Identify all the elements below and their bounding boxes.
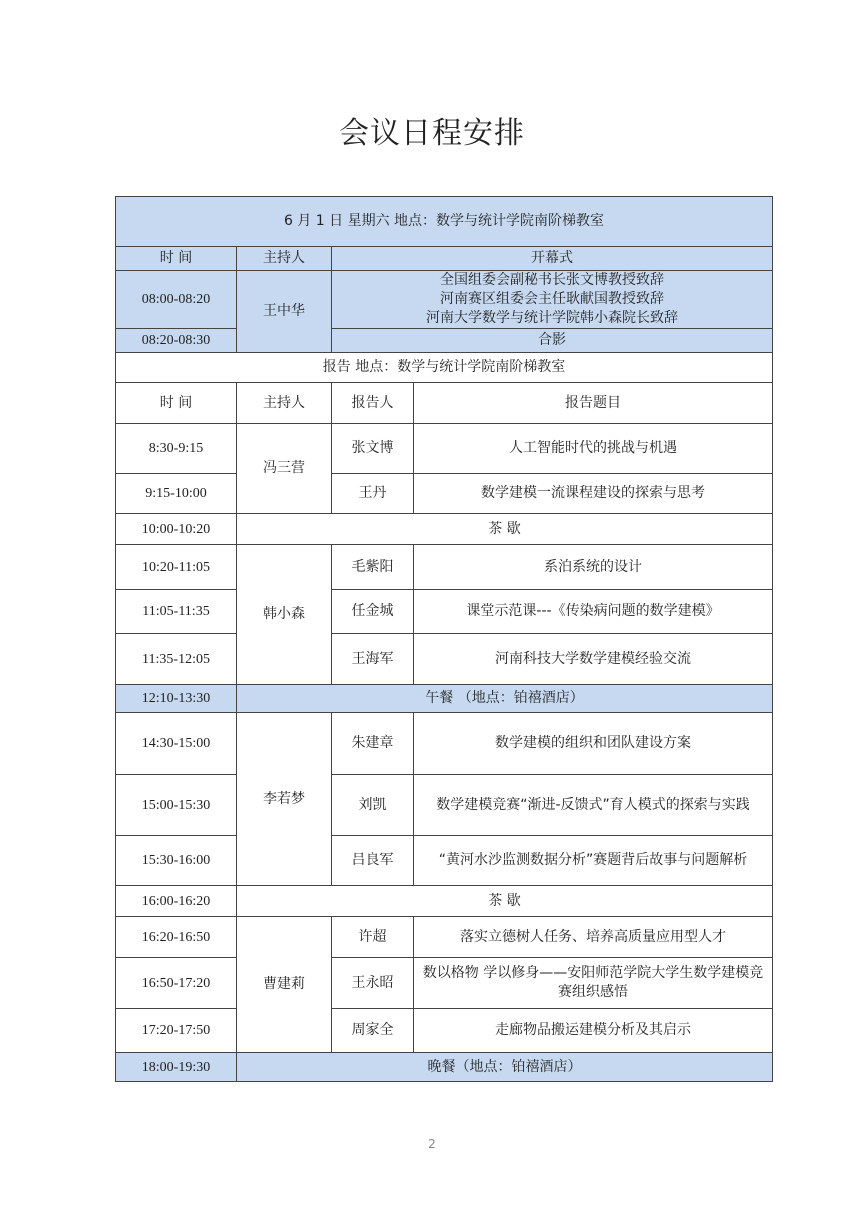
speaker-cell: 王海军 [332, 634, 414, 685]
topic-cell: 人工智能时代的挑战与机遇 [414, 424, 773, 474]
table-row: 8:30-9:15 冯三营 张文博 人工智能时代的挑战与机遇 [116, 424, 773, 474]
col-topic: 报告题目 [414, 383, 773, 424]
page-number: 2 [0, 1137, 864, 1151]
time-cell: 15:00-15:30 [116, 775, 237, 836]
time-cell: 10:00-10:20 [116, 514, 237, 545]
meal-label: 午餐 （地点：铂禧酒店） [237, 685, 773, 713]
col-host: 主持人 [237, 383, 332, 424]
time-cell: 08:20-08:30 [116, 329, 237, 353]
time-cell: 9:15-10:00 [116, 474, 237, 514]
speaker-cell: 任金城 [332, 590, 414, 634]
table-row: 10:20-11:05 韩小森 毛紫阳 系泊系统的设计 [116, 545, 773, 590]
event-line: 河南赛区组委会主任耿献国教授致辞 [336, 290, 768, 309]
time-cell: 17:20-17:50 [116, 1009, 237, 1053]
host-cell: 李若梦 [237, 713, 332, 886]
host-cell: 王中华 [237, 271, 332, 353]
speaker-cell: 刘凯 [332, 775, 414, 836]
break-row: 16:00-16:20 茶 歇 [116, 886, 773, 917]
table-row: 08:00-08:20 王中华 全国组委会副秘书长张文博教授致辞 河南赛区组委会… [116, 271, 773, 329]
topic-cell: 课堂示范课---《传染病问题的数学建模》 [414, 590, 773, 634]
topic-cell: 数以格物 学以修身——安阳师范学院大学生数学建模竞赛组织感悟 [414, 958, 773, 1009]
speaker-cell: 朱建章 [332, 713, 414, 775]
reports-header-row: 报告 地点：数学与统计学院南阶梯教室 [116, 353, 773, 383]
event-cell: 合影 [332, 329, 773, 353]
table-row: 11:35-12:05 王海军 河南科技大学数学建模经验交流 [116, 634, 773, 685]
opening-header: 6 月 1 日 星期六 地点：数学与统计学院南阶梯教室 [116, 197, 773, 247]
meal-row: 12:10-13:30 午餐 （地点：铂禧酒店） [116, 685, 773, 713]
time-cell: 10:20-11:05 [116, 545, 237, 590]
table-row: 15:00-15:30 刘凯 数学建模竞赛“渐进-反馈式”育人模式的探索与实践 [116, 775, 773, 836]
speaker-cell: 王丹 [332, 474, 414, 514]
time-cell: 15:30-16:00 [116, 836, 237, 886]
topic-cell: 数学建模的组织和团队建设方案 [414, 713, 773, 775]
speaker-cell: 吕良军 [332, 836, 414, 886]
break-label: 茶 歇 [237, 886, 773, 917]
time-cell: 11:35-12:05 [116, 634, 237, 685]
host-cell: 曹建莉 [237, 917, 332, 1053]
meal-row: 18:00-19:30 晚餐（地点：铂禧酒店） [116, 1053, 773, 1082]
opening-columns-row: 时 间 主持人 开幕式 [116, 247, 773, 271]
topic-cell: 系泊系统的设计 [414, 545, 773, 590]
topic-cell: 河南科技大学数学建模经验交流 [414, 634, 773, 685]
col-host: 主持人 [237, 247, 332, 271]
table-row: 15:30-16:00 吕良军 “黄河水沙监测数据分析”赛题背后故事与问题解析 [116, 836, 773, 886]
topic-cell: 数学建模竞赛“渐进-反馈式”育人模式的探索与实践 [414, 775, 773, 836]
time-cell: 14:30-15:00 [116, 713, 237, 775]
table-row: 16:50-17:20 王永昭 数以格物 学以修身——安阳师范学院大学生数学建模… [116, 958, 773, 1009]
time-cell: 11:05-11:35 [116, 590, 237, 634]
time-cell: 12:10-13:30 [116, 685, 237, 713]
topic-cell: 走廊物品搬运建模分析及其启示 [414, 1009, 773, 1053]
break-row: 10:00-10:20 茶 歇 [116, 514, 773, 545]
schedule-table: 6 月 1 日 星期六 地点：数学与统计学院南阶梯教室 时 间 主持人 开幕式 … [115, 196, 773, 1082]
speaker-cell: 许超 [332, 917, 414, 958]
topic-cell: 数学建模一流课程建设的探索与思考 [414, 474, 773, 514]
reports-columns-row: 时 间 主持人 报告人 报告题目 [116, 383, 773, 424]
col-event: 开幕式 [332, 247, 773, 271]
event-cell: 全国组委会副秘书长张文博教授致辞 河南赛区组委会主任耿献国教授致辞 河南大学数学… [332, 271, 773, 329]
time-cell: 18:00-19:30 [116, 1053, 237, 1082]
break-label: 茶 歇 [237, 514, 773, 545]
table-row: 11:05-11:35 任金城 课堂示范课---《传染病问题的数学建模》 [116, 590, 773, 634]
table-row: 08:20-08:30 合影 [116, 329, 773, 353]
table-row: 16:20-16:50 曹建莉 许超 落实立德树人任务、培养高质量应用型人才 [116, 917, 773, 958]
host-cell: 冯三营 [237, 424, 332, 514]
table-row: 9:15-10:00 王丹 数学建模一流课程建设的探索与思考 [116, 474, 773, 514]
topic-cell: “黄河水沙监测数据分析”赛题背后故事与问题解析 [414, 836, 773, 886]
page-title: 会议日程安排 [0, 108, 864, 152]
time-cell: 16:00-16:20 [116, 886, 237, 917]
topic-cell: 落实立德树人任务、培养高质量应用型人才 [414, 917, 773, 958]
host-cell: 韩小森 [237, 545, 332, 685]
time-cell: 16:20-16:50 [116, 917, 237, 958]
time-cell: 8:30-9:15 [116, 424, 237, 474]
speaker-cell: 毛紫阳 [332, 545, 414, 590]
opening-header-row: 6 月 1 日 星期六 地点：数学与统计学院南阶梯教室 [116, 197, 773, 247]
col-time: 时 间 [116, 247, 237, 271]
event-line: 全国组委会副秘书长张文博教授致辞 [336, 271, 768, 290]
event-line: 河南大学数学与统计学院韩小森院长致辞 [336, 309, 768, 328]
speaker-cell: 张文博 [332, 424, 414, 474]
meal-label: 晚餐（地点：铂禧酒店） [237, 1053, 773, 1082]
col-speaker: 报告人 [332, 383, 414, 424]
table-row: 14:30-15:00 李若梦 朱建章 数学建模的组织和团队建设方案 [116, 713, 773, 775]
time-cell: 08:00-08:20 [116, 271, 237, 329]
time-cell: 16:50-17:20 [116, 958, 237, 1009]
speaker-cell: 周家全 [332, 1009, 414, 1053]
col-time: 时 间 [116, 383, 237, 424]
reports-header: 报告 地点：数学与统计学院南阶梯教室 [116, 353, 773, 383]
speaker-cell: 王永昭 [332, 958, 414, 1009]
table-row: 17:20-17:50 周家全 走廊物品搬运建模分析及其启示 [116, 1009, 773, 1053]
